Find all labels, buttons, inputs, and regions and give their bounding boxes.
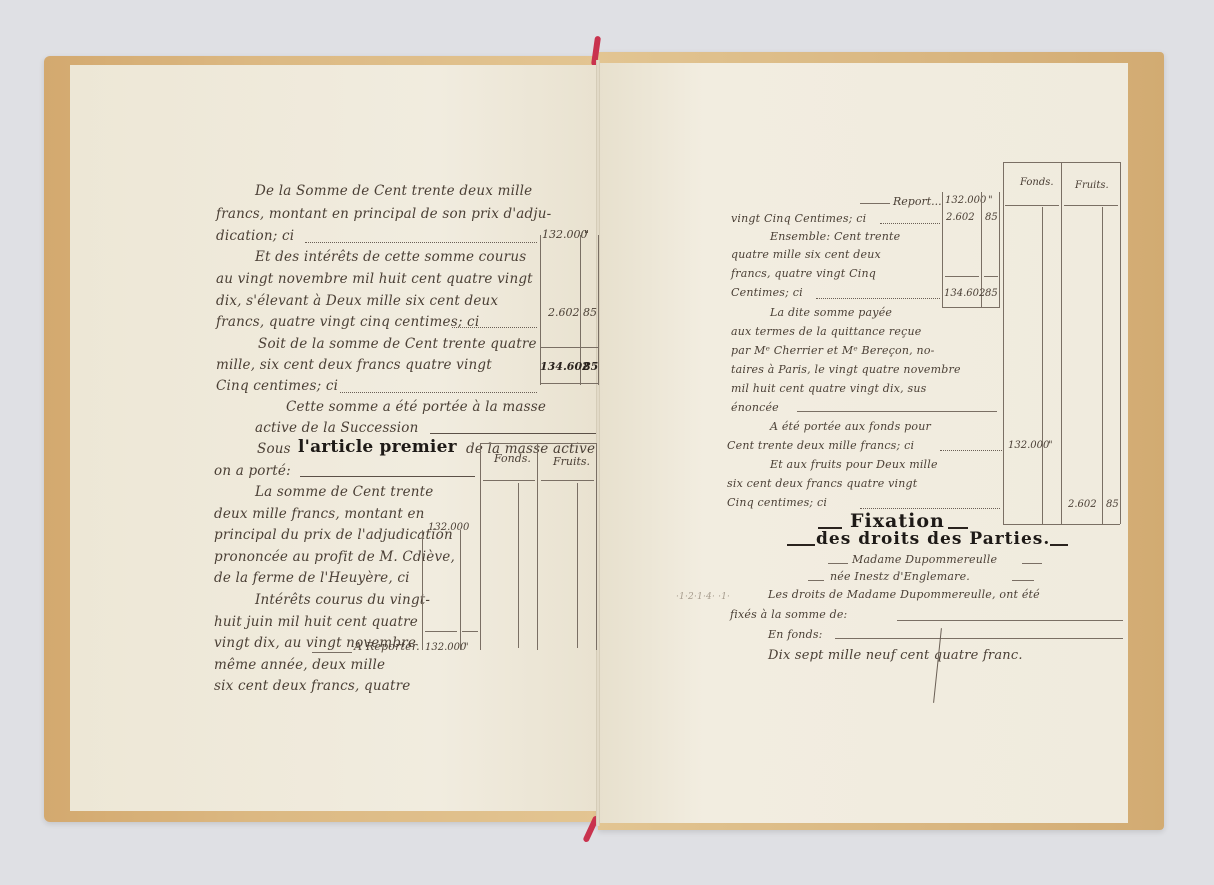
header-rule <box>483 480 535 481</box>
sum-rule <box>945 276 979 277</box>
amount-interest: 2.602 <box>548 306 580 319</box>
cents-rule <box>577 483 578 648</box>
sum-rule <box>540 347 598 348</box>
leader-dots <box>305 242 537 243</box>
heading-dash <box>787 544 815 546</box>
total-rule <box>942 307 999 308</box>
text-line: par Mᵉ Cherrier et Mᵉ Bereçon, no- <box>731 344 935 357</box>
subheading-name: Madame Dupommereulle <box>852 553 997 566</box>
total-rule <box>540 383 598 384</box>
text-line: quatre mille six cent deux <box>731 248 881 261</box>
text-line: La somme de Cent trente <box>255 484 433 500</box>
article-heading: l'article premier <box>298 437 457 457</box>
amount-principal-cents: " <box>584 228 589 241</box>
column-rule <box>942 192 943 308</box>
text-line: deux mille francs, montant en <box>214 506 425 522</box>
header-rule <box>541 480 594 481</box>
sum-rule <box>984 276 998 277</box>
column-rule <box>480 443 481 650</box>
subheading-nee: née Inestz d'Englemare. <box>830 570 970 583</box>
rule-line <box>797 411 997 412</box>
leader-dots <box>880 223 940 224</box>
text-line: Cinq centimes; ci <box>727 496 827 509</box>
amount-line1: 2.602 <box>946 212 975 223</box>
text-line: principal du prix de l'adjudication <box>214 527 453 543</box>
heading-dash <box>808 580 824 581</box>
text-line: taires à Paris, le vingt quatre novembre <box>731 363 961 376</box>
amount-ensemble: 134.602 <box>944 288 985 299</box>
report-label: Report... <box>893 195 942 208</box>
leader-dots <box>940 450 1004 451</box>
heading-droits: des droits des Parties. <box>816 529 1050 549</box>
column-rule <box>460 530 461 650</box>
text-line: mille, six cent deux francs quatre vingt <box>216 357 492 373</box>
leader-dots <box>860 508 1000 509</box>
amount-line1-cents: 85 <box>985 212 998 223</box>
text-line: En fonds: <box>768 628 823 641</box>
text-line: Cent trente deux mille francs; ci <box>727 439 914 452</box>
text-line: au vingt novembre mil huit cent quatre v… <box>216 271 533 287</box>
text-line: Et des intérêts de cette somme courus <box>255 249 526 265</box>
fruits-cents: 85 <box>1106 499 1119 510</box>
text-line: fixés à la somme de: <box>730 608 847 621</box>
text-line: Centimes; ci <box>731 286 803 299</box>
amount-reporter-cents: " <box>464 642 469 653</box>
text-line: prononcée au profit de M. Cdiève, <box>214 549 455 565</box>
text-line: active de la Succession <box>255 420 419 436</box>
sum-rule <box>462 631 478 632</box>
text-line: vingt Cinq Centimes; ci <box>731 212 866 225</box>
header-rule <box>1064 205 1118 206</box>
leader-dots <box>452 327 537 328</box>
report-cents: " <box>988 195 993 206</box>
text-line: Et aux fruits pour Deux mille <box>770 458 938 471</box>
rule-line <box>312 652 352 653</box>
text-line: même année, deux mille <box>214 657 385 673</box>
fonds-cents: " <box>1048 440 1053 451</box>
leader-dots <box>816 298 940 299</box>
leader-dots <box>340 392 537 393</box>
text-line: Dix sept mille neuf cent quatre franc. <box>768 648 1023 663</box>
text-line: Cinq centimes; ci <box>216 378 338 394</box>
text-line: Intérêts courus du vingt- <box>255 592 430 608</box>
text-line: La dite somme payée <box>770 306 892 319</box>
header-fruits: Fruits. <box>1075 180 1109 191</box>
heading-dash <box>1050 544 1068 546</box>
text-line: aux termes de la quittance reçue <box>731 325 921 338</box>
text-line: Les droits de Madame Dupommereulle, ont … <box>768 588 1040 601</box>
rule-line <box>300 476 475 477</box>
text-line: francs, quatre vingt Cinq <box>731 267 876 280</box>
text-line: francs, montant en principal de son prix… <box>216 206 551 222</box>
text-line: Ensemble: Cent trente <box>770 230 900 243</box>
amount-ensemble-cents: 85 <box>985 288 998 299</box>
cents-rule <box>1042 207 1043 524</box>
column-rule <box>1061 162 1062 524</box>
column-rule <box>422 530 423 650</box>
fruits-amount: 2.602 <box>1068 499 1097 510</box>
sum-rule <box>425 631 457 632</box>
text-line: dix, s'élevant à Deux mille six cent deu… <box>216 293 498 309</box>
rule-line <box>430 433 596 434</box>
rule-line <box>860 203 890 204</box>
amount-ferme: 132.000 <box>428 522 469 533</box>
cents-rule <box>1102 207 1103 524</box>
text-line: A été portée aux fonds pour <box>770 420 931 433</box>
table-bottom-rule <box>1003 524 1120 525</box>
margin-note: ·1·2·1·4· ·1· <box>676 592 730 602</box>
heading-dash <box>1022 563 1042 564</box>
text-line: six cent deux francs quatre vingt <box>727 477 917 490</box>
header-fonds: Fonds. <box>1020 177 1054 188</box>
fonds-amount: 132.000 <box>1008 440 1049 451</box>
column-rule <box>1003 162 1004 524</box>
amount-total-cents: 85 <box>583 360 598 373</box>
heading-dash <box>1012 580 1034 581</box>
column-rule <box>596 443 597 650</box>
text-line: huit juin mil huit cent quatre <box>214 614 418 630</box>
table-top-rule <box>480 443 596 444</box>
text-line: de la ferme de l'Heuyère, ci <box>214 570 410 586</box>
text-line: Cette somme a été portée à la masse <box>286 399 546 415</box>
column-rule <box>1120 162 1121 524</box>
heading-dash <box>828 563 848 564</box>
reporter-label: A Reporter. <box>354 640 420 653</box>
column-rule <box>999 192 1000 308</box>
text-line: énoncée <box>731 401 779 414</box>
text-line: dication; ci <box>216 228 294 244</box>
text-line: on a porté: <box>214 463 291 479</box>
header-fonds: Fonds. <box>494 452 531 465</box>
text-line: De la Somme de Cent trente deux mille <box>255 183 532 199</box>
text-line: six cent deux francs, quatre <box>214 678 410 694</box>
amount-reporter: 132.000 <box>425 642 466 653</box>
text-line: Sous <box>257 441 291 457</box>
rule-line <box>897 620 1123 621</box>
cents-rule <box>518 483 519 648</box>
text-line: Soit de la somme de Cent trente quatre <box>258 336 537 352</box>
text-line: francs, quatre vingt cinq centimes; ci <box>216 314 479 330</box>
amount-principal: 132.000 <box>542 228 588 241</box>
text-line: mil huit cent quatre vingt dix, sus <box>731 382 927 395</box>
header-fruits: Fruits. <box>553 455 590 468</box>
column-rule <box>537 443 538 650</box>
header-rule <box>1005 205 1059 206</box>
amount-interest-cents: 85 <box>583 306 597 319</box>
rule-line <box>835 638 1123 639</box>
